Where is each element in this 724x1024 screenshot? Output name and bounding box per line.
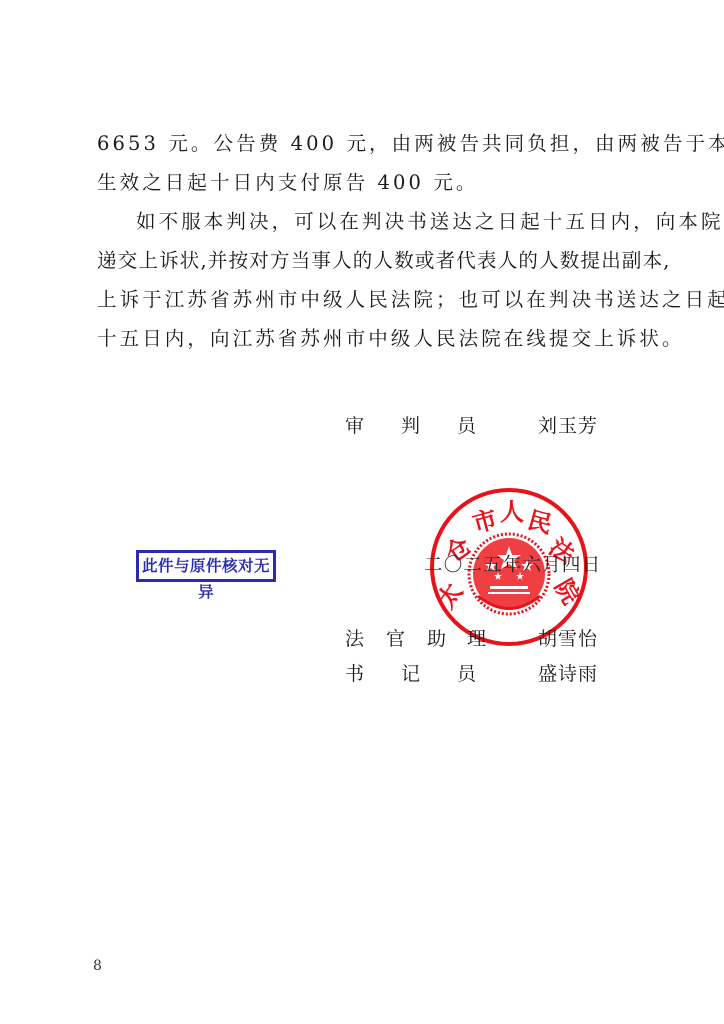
- svg-text:民: 民: [525, 506, 555, 539]
- clerk-title-char: 记: [401, 662, 420, 686]
- judge-title-char: 审: [345, 414, 364, 438]
- certification-stamp: 此件与原件核对无异: [136, 550, 276, 582]
- judgment-date: 二〇二五年六月四日: [424, 554, 601, 578]
- assistant-title-char: 理: [467, 627, 486, 651]
- paragraph-2-line-1: 如不服本判决，可以在判决书送达之日起十五日内，向本院: [136, 210, 724, 234]
- paragraph-2-line-3: 上诉于江苏省苏州市中级人民法院；也可以在判决书送达之日起: [97, 288, 724, 312]
- paragraph-2-line-2: 递交上诉状,并按对方当事人的人数或者代表人的人数提出副本,: [97, 249, 671, 273]
- judge-name: 刘玉芳: [538, 414, 598, 438]
- page-number: 8: [93, 958, 102, 974]
- clerk-title-char: 书: [345, 662, 364, 686]
- assistant-title-char: 官: [386, 627, 405, 651]
- paragraph-1-line-1: 6653 元。公告费 400 元，由两被告共同负担，由两被告于本判决: [97, 132, 724, 156]
- clerk-title-char: 员: [457, 662, 476, 686]
- assistant-title-char: 助: [427, 627, 446, 651]
- svg-text:院: 院: [549, 574, 585, 609]
- paragraph-2-line-4: 十五日内，向江苏省苏州市中级人民法院在线提交上诉状。: [97, 327, 685, 351]
- judge-title-char: 判: [401, 414, 420, 438]
- document-page: 6653 元。公告费 400 元，由两被告共同负担，由两被告于本判决 生效之日起…: [0, 0, 724, 1024]
- svg-text:市: 市: [470, 505, 500, 538]
- svg-text:人: 人: [500, 498, 524, 526]
- svg-text:太: 太: [432, 578, 469, 614]
- judge-title-char: 员: [457, 414, 476, 438]
- assistant-title-char: 法: [345, 627, 364, 651]
- paragraph-1-line-2: 生效之日起十日内支付原告 400 元。: [97, 171, 479, 195]
- assistant-name: 胡雪怡: [538, 627, 598, 651]
- clerk-name: 盛诗雨: [538, 662, 598, 686]
